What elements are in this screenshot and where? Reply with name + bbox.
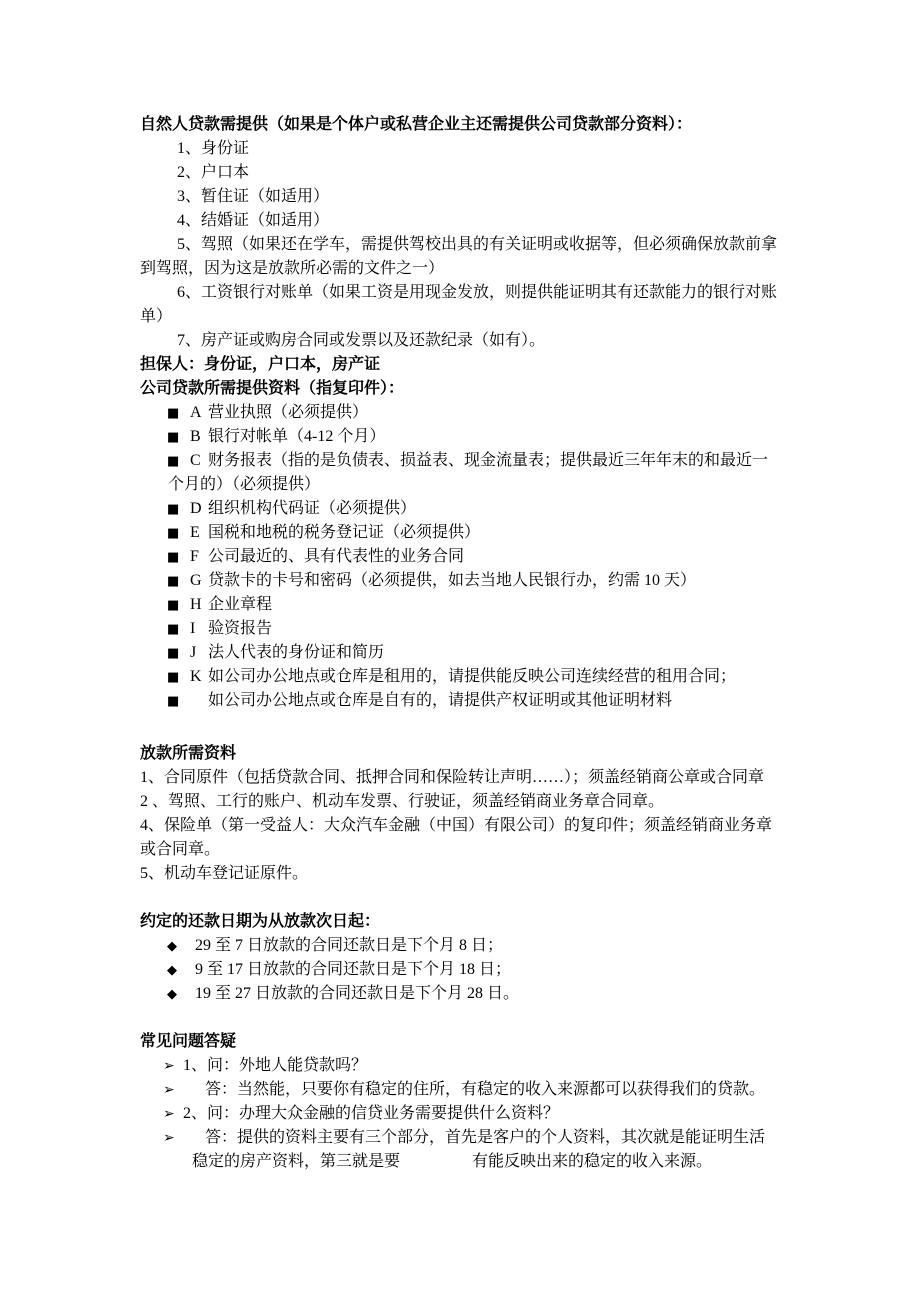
square-bullet-icon: ■	[167, 498, 190, 522]
bullet-item: ■C财务报表（指的是负债表、损益表、现金流量表；提供最近三年年末的和最近一	[167, 449, 920, 473]
answer-text: 答：提供的资料主要有三个部分，首先是客户的个人资料，其次就是能证明生活	[205, 1129, 765, 1146]
diamond-bullet-icon: ◆	[167, 935, 195, 959]
item-letter: E	[190, 521, 208, 545]
question-text: 2、问：办理大众金融的信贷业务需要提供什么资料？	[183, 1105, 559, 1122]
bullet-item: ◆19 至 27 日放款的合同还款日是下个月 28 日。	[167, 982, 920, 1006]
list-item: 5、驾照（如果还在学车，需提供驾校出具的有关证明或收据等，但必须确保放款前拿	[177, 233, 920, 257]
answer-text: 稳定的房产资料，第三就是要	[192, 1153, 400, 1170]
company-loan-heading: 公司贷款所需提供资料（指复印件）：	[140, 377, 920, 401]
list-item: 2、户口本	[177, 161, 920, 185]
bullet-item: ■I验资报告	[167, 617, 920, 641]
list-item: 2 、驾照、工行的账户、机动车发票、行驶证，须盖经销商业务章合同章。	[140, 790, 920, 814]
item-text: 公司最近的、具有代表性的业务合同	[208, 548, 464, 565]
list-item: 1、身份证	[177, 137, 920, 161]
arrow-bullet-icon: ➢	[163, 1126, 205, 1150]
square-bullet-icon: ■	[167, 426, 190, 450]
item-text: 法人代表的身份证和简历	[208, 644, 384, 661]
bullet-item: ■H企业章程	[167, 593, 920, 617]
arrow-bullet-icon: ➢	[163, 1102, 183, 1126]
repayment-heading: 约定的还款日期为从放款次日起：	[140, 910, 920, 934]
item-text: 如公司办公地点或仓库是租用的，请提供能反映公司连续经营的租用合同；	[208, 668, 736, 685]
square-bullet-icon: ■	[167, 546, 190, 570]
item-text: 贷款卡的卡号和密码（必须提供，如去当地人民银行办，约需 10 天）	[208, 572, 696, 589]
arrow-bullet-icon: ➢	[163, 1078, 205, 1102]
item-letter: K	[190, 665, 208, 689]
item-text: 验资报告	[208, 620, 272, 637]
bullet-item: ◆29 至 7 日放款的合同还款日是下个月 8 日；	[167, 934, 920, 958]
item-text: 9 至 17 日放款的合同还款日是下个月 18 日；	[195, 961, 511, 978]
square-bullet-icon: ■	[167, 594, 190, 618]
bullet-item: ■G贷款卡的卡号和密码（必须提供，如去当地人民银行办，约需 10 天）	[167, 569, 920, 593]
list-item: 1、合同原件（包括贷款合同、抵押合同和保险转让声明……）；须盖经销商公章或合同章	[140, 766, 920, 790]
list-item-wrap: 或合同章。	[140, 838, 920, 862]
faq-answer-wrap: 稳定的房产资料，第三就是要有能反映出来的稳定的收入来源。	[192, 1150, 920, 1174]
answer-text: 答：当然能，只要你有稳定的住所，有稳定的收入来源都可以获得我们的贷款。	[205, 1081, 765, 1098]
list-item: 7、房产证或购房合同或发票以及还款纪录（如有）。	[177, 329, 920, 353]
section-faq: 常见问题答疑 ➢1、问：外地人能贷款吗？ ➢答：当然能，只要你有稳定的住所，有稳…	[140, 1030, 920, 1174]
faq-answer: ➢答：提供的资料主要有三个部分，首先是客户的个人资料，其次就是能证明生活	[163, 1126, 920, 1150]
list-item: 6、工资银行对账单（如果工资是用现金发放，则提供能证明其有还款能力的银行对账	[177, 281, 920, 305]
list-item-wrap: 单）	[140, 305, 920, 329]
item-text: 29 至 7 日放款的合同还款日是下个月 8 日；	[195, 937, 503, 954]
bullet-item: ■F公司最近的、具有代表性的业务合同	[167, 545, 920, 569]
bullet-item: ■J法人代表的身份证和简历	[167, 641, 920, 665]
item-text: 19 至 27 日放款的合同还款日是下个月 28 日。	[195, 985, 519, 1002]
item-letter: H	[190, 593, 208, 617]
faq-question: ➢1、问：外地人能贷款吗？	[163, 1054, 920, 1078]
square-bullet-icon: ■	[167, 642, 190, 666]
question-text: 1、问：外地人能贷款吗？	[183, 1057, 367, 1074]
section-personal-loan-docs: 自然人贷款需提供（如果是个体户或私营企业主还需提供公司贷款部分资料）： 1、身份…	[140, 113, 920, 713]
item-letter: B	[190, 425, 208, 449]
section-repayment-dates: 约定的还款日期为从放款次日起： ◆29 至 7 日放款的合同还款日是下个月 8 …	[140, 910, 920, 1006]
list-item: 3、暂住证（如适用）	[177, 185, 920, 209]
diamond-bullet-icon: ◆	[167, 983, 195, 1007]
bullet-item: ■A营业执照（必须提供）	[167, 401, 920, 425]
item-text: 营业执照（必须提供）	[208, 404, 368, 421]
square-bullet-icon: ■	[167, 570, 190, 594]
item-text: 组织机构代码证（必须提供）	[208, 500, 416, 517]
square-bullet-icon: ■	[167, 402, 190, 426]
disbursement-heading: 放款所需资料	[140, 742, 920, 766]
list-item: 4、保险单（第一受益人：大众汽车金融（中国）有限公司）的复印件；须盖经销商业务章	[140, 814, 920, 838]
bullet-item: ■B银行对帐单（4-12 个月）	[167, 425, 920, 449]
bullet-item: ■E国税和地税的税务登记证（必须提供）	[167, 521, 920, 545]
item-letter: F	[190, 545, 208, 569]
item-text: 国税和地税的税务登记证（必须提供）	[208, 524, 480, 541]
faq-heading: 常见问题答疑	[140, 1030, 920, 1054]
answer-text: 有能反映出来的稳定的收入来源。	[472, 1153, 712, 1170]
list-item: 5、机动车登记证原件。	[140, 862, 920, 886]
square-bullet-icon: ■	[167, 522, 190, 546]
document-page: 自然人贷款需提供（如果是个体户或私营企业主还需提供公司贷款部分资料）： 1、身份…	[0, 0, 920, 1302]
item-letter: G	[190, 569, 208, 593]
item-letter: D	[190, 497, 208, 521]
faq-answer: ➢答：当然能，只要你有稳定的住所，有稳定的收入来源都可以获得我们的贷款。	[163, 1078, 920, 1102]
faq-question: ➢2、问：办理大众金融的信贷业务需要提供什么资料？	[163, 1102, 920, 1126]
square-bullet-icon: ■	[167, 450, 190, 474]
arrow-bullet-icon: ➢	[163, 1054, 183, 1078]
bullet-item: ◆9 至 17 日放款的合同还款日是下个月 18 日；	[167, 958, 920, 982]
item-letter: A	[190, 401, 208, 425]
item-text: 银行对帐单（4-12 个月）	[208, 428, 385, 445]
bullet-item: ■D组织机构代码证（必须提供）	[167, 497, 920, 521]
item-letter: I	[190, 617, 208, 641]
section-disbursement-docs: 放款所需资料 1、合同原件（包括贷款合同、抵押合同和保险转让声明……）；须盖经销…	[140, 742, 920, 886]
item-letter: J	[190, 641, 208, 665]
square-bullet-icon: ■	[167, 690, 190, 714]
list-item-wrap: 到驾照，因为这是放款所必需的文件之一）	[140, 257, 920, 281]
square-bullet-icon: ■	[167, 618, 190, 642]
bullet-item: ■如公司办公地点或仓库是自有的，请提供产权证明或其他证明材料	[167, 689, 920, 713]
bullet-item: ■K如公司办公地点或仓库是租用的，请提供能反映公司连续经营的租用合同；	[167, 665, 920, 689]
item-text: 企业章程	[208, 596, 272, 613]
square-bullet-icon: ■	[167, 666, 190, 690]
item-text: 如公司办公地点或仓库是自有的，请提供产权证明或其他证明材料	[208, 692, 672, 709]
list-item: 4、结婚证（如适用）	[177, 209, 920, 233]
item-letter: C	[190, 449, 208, 473]
item-text: 财务报表（指的是负债表、损益表、现金流量表；提供最近三年年末的和最近一	[208, 452, 768, 469]
personal-loan-heading: 自然人贷款需提供（如果是个体户或私营企业主还需提供公司贷款部分资料）：	[140, 113, 920, 137]
bullet-item-wrap: 个月的）（必须提供）	[168, 473, 920, 497]
diamond-bullet-icon: ◆	[167, 959, 195, 983]
guarantor-line: 担保人：身份证，户口本，房产证	[140, 353, 920, 377]
